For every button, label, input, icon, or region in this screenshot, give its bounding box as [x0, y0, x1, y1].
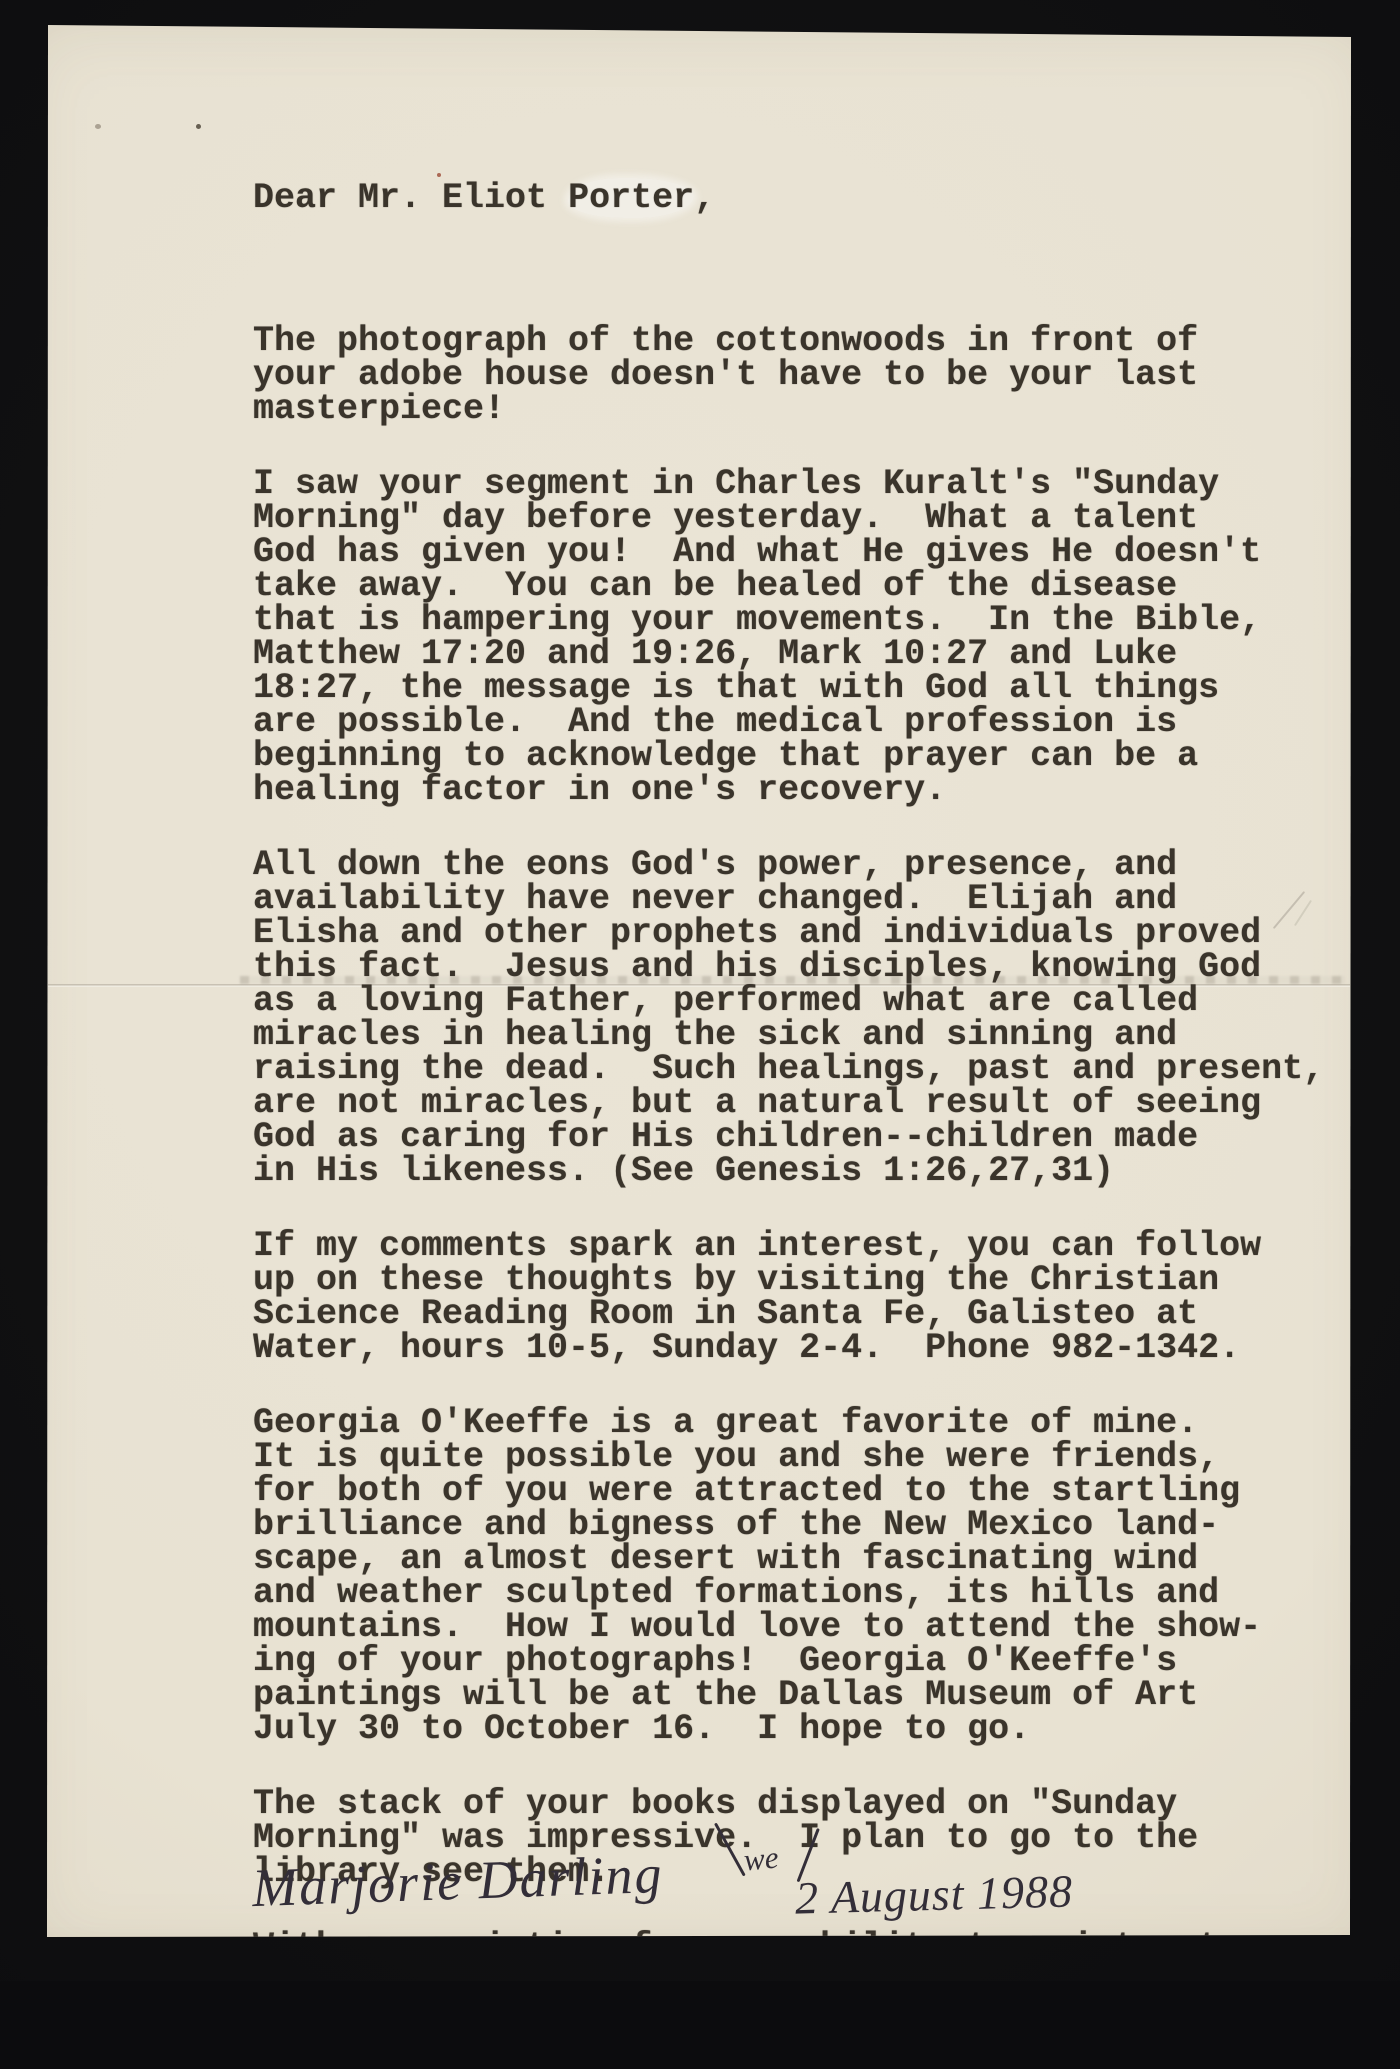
typed-line: raising the dead. Such healings, past an…	[253, 1052, 1324, 1086]
typed-line: healing factor in one's recovery.	[253, 773, 1324, 807]
typed-line: that is hampering your movements. In the…	[253, 603, 1324, 637]
typed-line: Matthew 17:20 and 19:26, Mark 10:27 and …	[253, 637, 1324, 671]
typed-line: Morning" day before yesterday. What a ta…	[253, 501, 1324, 535]
letter-paper: Dear Mr. Eliot Porter, The photograph of…	[0, 0, 1400, 1981]
typed-line: I saw your segment in Charles Kuralt's "…	[253, 467, 1324, 501]
typed-paragraph: With appreciation for you ability to poi…	[253, 1930, 1324, 1981]
typed-line: take away. You can be healed of the dise…	[253, 569, 1324, 603]
typed-line: availability have never changed. Elijah …	[253, 882, 1324, 916]
typed-line: your adobe house doesn't have to be your…	[253, 358, 1324, 392]
typed-paragraph: I saw your segment in Charles Kuralt's "…	[253, 467, 1324, 807]
typed-line: ing of your photographs! Georgia O'Keeff…	[253, 1644, 1324, 1678]
typed-line: scape, an almost desert with fascinating…	[253, 1542, 1324, 1576]
letter-body: The photograph of the cottonwoods in fro…	[253, 324, 1324, 1981]
typed-line: are not miracles, but a natural result o…	[253, 1086, 1324, 1120]
typed-line: Georgia O'Keeffe is a great favorite of …	[253, 1406, 1324, 1440]
typed-line: The stack of your books displayed on "Su…	[253, 1787, 1324, 1821]
typed-line: up on these thoughts by visiting the Chr…	[253, 1263, 1324, 1297]
typed-paragraph: Georgia O'Keeffe is a great favorite of …	[253, 1406, 1324, 1746]
typed-line: God as caring for His children--children…	[253, 1120, 1324, 1154]
typed-line: mountains. How I would love to attend th…	[253, 1610, 1324, 1644]
typed-line: and weather sculpted formations, its hil…	[253, 1576, 1324, 1610]
typed-line: in His likeness. (See Genesis 1:26,27,31…	[253, 1154, 1324, 1188]
typed-line: God has given you! And what He gives He …	[253, 535, 1324, 569]
typed-line: Elisha and other prophets and individual…	[253, 916, 1324, 950]
typed-line: paintings will be at the Dallas Museum o…	[253, 1678, 1324, 1712]
salutation-pre: Dear Mr. Eliot	[253, 178, 568, 218]
typed-line: With appreciation for you ability to poi…	[253, 1930, 1324, 1964]
handwritten-date: 2 August 1988	[794, 1864, 1073, 1924]
corrected-name-over-whiteout: Porter	[568, 178, 694, 218]
typed-line: as a loving Father, performed what are c…	[253, 984, 1324, 1018]
paper-speck	[196, 124, 201, 129]
typed-line: Science Reading Room in Santa Fe, Galist…	[253, 1297, 1324, 1331]
salutation-comma: ,	[694, 178, 715, 218]
typed-text-column: Dear Mr. Eliot Porter, The photograph of…	[253, 113, 1324, 1981]
typed-line: are possible. And the medical profession…	[253, 705, 1324, 739]
typed-line: masterpiece!	[253, 392, 1324, 426]
typed-line: It is quite possible you and she were fr…	[253, 1440, 1324, 1474]
handwritten-insertion-we: we	[742, 1840, 779, 1879]
typed-line: 18:27, the message is that with God all …	[253, 671, 1324, 705]
typed-line: the wonders of nature they might otherwi…	[253, 1964, 1324, 1981]
photo-black-mat: Dear Mr. Eliot Porter, The photograph of…	[0, 0, 1400, 1981]
typed-line: this fact. Jesus and his disciples, know…	[253, 950, 1324, 984]
typed-line: July 30 to October 16. I hope to go.	[253, 1712, 1324, 1746]
typed-line: If my comments spark an interest, you ca…	[253, 1229, 1324, 1263]
typed-line: The photograph of the cottonwoods in fro…	[253, 324, 1324, 358]
salutation-line: Dear Mr. Eliot Porter,	[253, 181, 1324, 215]
typed-line: brilliance and bigness of the New Mexico…	[253, 1508, 1324, 1542]
typed-paragraph: If my comments spark an interest, you ca…	[253, 1229, 1324, 1365]
typed-line: beginning to acknowledge that prayer can…	[253, 739, 1324, 773]
typed-line: Water, hours 10-5, Sunday 2-4. Phone 982…	[253, 1331, 1324, 1365]
typed-line: All down the eons God's power, presence,…	[253, 848, 1324, 882]
typed-line: miracles in healing the sick and sinning…	[253, 1018, 1324, 1052]
typed-paragraph: The photograph of the cottonwoods in fro…	[253, 324, 1324, 426]
typed-paragraph: All down the eons God's power, presence,…	[253, 848, 1324, 1188]
typed-line: for both of you were attracted to the st…	[253, 1474, 1324, 1508]
typed-line: Morning" was impressive. I plan to go to…	[253, 1821, 1324, 1855]
paper-speck	[95, 124, 101, 129]
